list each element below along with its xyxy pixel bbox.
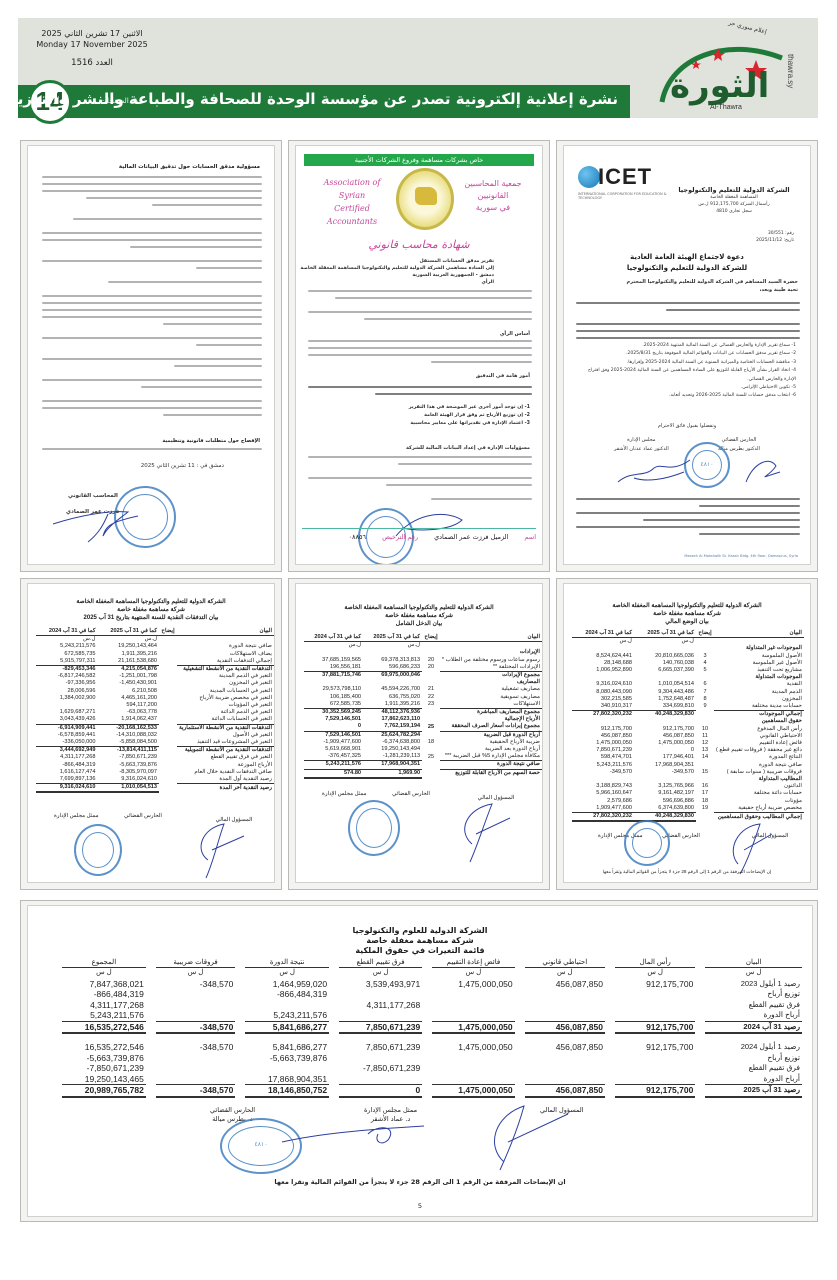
value-2024: 1,006,952,890 bbox=[572, 667, 634, 674]
value-2025: 6,665,037,390 bbox=[634, 667, 696, 674]
note-ref bbox=[159, 724, 177, 732]
cell-value bbox=[432, 989, 514, 1000]
equity-footnote: ان الإيضاحات المرفقة من الرقم 1 الى الرق… bbox=[28, 1178, 812, 1186]
company-capital: رأسمال الشركة 912,175,700 ل.س bbox=[674, 201, 794, 208]
value-2024: 456,087,850 bbox=[572, 733, 634, 740]
row-label: التغير في الأصول bbox=[177, 732, 274, 739]
table-row: 7,699,897,1369,316,024,610رصيد النقدية أ… bbox=[36, 776, 274, 784]
table-row: 9,316,024,6101,010,054,5146النقدية bbox=[572, 681, 804, 688]
equity-changes-page: الشركة الدولية للعلوم والتكنولوجيا شركة … bbox=[27, 905, 813, 1217]
note-ref: 5 bbox=[696, 667, 714, 674]
cell-value: -348,570 bbox=[156, 979, 236, 990]
cell-value: 456,087,850 bbox=[525, 1042, 605, 1053]
note-ref bbox=[159, 709, 177, 716]
row-label: رصيد 31 آب 2024 bbox=[705, 1021, 802, 1035]
value-2025: 456,087,850 bbox=[634, 733, 696, 740]
equity-financial-signature bbox=[480, 1102, 570, 1172]
value-2025 bbox=[634, 645, 696, 652]
value-2024 bbox=[572, 718, 634, 725]
value-2025: 17,968,904,351 bbox=[634, 762, 696, 769]
value-2024 bbox=[36, 702, 98, 709]
note-ref bbox=[159, 688, 177, 695]
equity-company: الشركة الدولية للعلوم والتكنولوجيا bbox=[28, 926, 812, 936]
value-2025: 334,699,810 bbox=[634, 703, 696, 711]
note-ref: 14 bbox=[696, 754, 714, 761]
income-statement-table: كما في 31 آب 2024كما في 31 آب 2025إيضاحا… bbox=[304, 634, 542, 779]
value-2025: 19,250,143,494 bbox=[363, 746, 422, 753]
income-company-type: شركة مساهمة مغفلة خاصة bbox=[296, 612, 542, 620]
value-2024: 27,802,320,232 bbox=[572, 813, 634, 822]
row-label: التغير في الحسابات الدائنة bbox=[177, 716, 274, 724]
note-ref bbox=[159, 643, 177, 650]
cell-value bbox=[525, 1010, 605, 1021]
value-2025: 69,975,000,046 bbox=[363, 672, 422, 680]
cell-value: 17,868,904,351 bbox=[245, 1074, 329, 1085]
certificate-addressee: تقرير مدقق الحسابات المستقل إلى السادة م… bbox=[300, 258, 494, 286]
note-ref bbox=[422, 746, 440, 753]
note-ref: 21 bbox=[422, 686, 440, 693]
cell-value bbox=[432, 1063, 514, 1074]
addressee-line3: دمشق - الجمهورية العربية السورية bbox=[300, 272, 494, 279]
note-ref bbox=[159, 762, 177, 769]
unit: ل س bbox=[432, 968, 514, 979]
certificate-item: 2- إن توزيع الأرباح تم وفق قرار الهيئة ا… bbox=[409, 412, 530, 420]
unit: ل س bbox=[245, 968, 329, 979]
table-row: 456,087,850456,087,85011الاحتياطي القانو… bbox=[572, 733, 804, 740]
column-header: المجموع bbox=[62, 958, 146, 968]
cell-value bbox=[245, 1000, 329, 1011]
date-english: Monday 17 November 2025 bbox=[32, 39, 152, 50]
value-2024: 37,685,159,565 bbox=[304, 657, 363, 664]
col-label-header: البيان bbox=[440, 634, 542, 642]
note-ref bbox=[159, 673, 177, 680]
col-note-header: إيضاح bbox=[696, 630, 714, 638]
row-label: التغير في المخزون bbox=[177, 680, 274, 687]
unit: ل س bbox=[339, 968, 422, 979]
value-2024: 8,524,624,441 bbox=[572, 653, 634, 660]
row-label: النقدية bbox=[714, 681, 804, 688]
note-ref bbox=[159, 732, 177, 739]
income-statement-page: الشركة الدولية للتعليم والتكنولوجيا المس… bbox=[295, 583, 543, 883]
value-2025: 3,125,765,966 bbox=[634, 783, 696, 790]
association-emblem bbox=[396, 168, 454, 230]
unit bbox=[696, 638, 714, 646]
value-2025: 4,465,161,200 bbox=[98, 695, 160, 702]
addressee-line1: تقرير مدقق الحسابات المستقل bbox=[300, 258, 494, 265]
agenda-item: 3- مناقشة الحسابات الختامية والميزانية ا… bbox=[580, 359, 796, 367]
value-2025: 140,760,038 bbox=[634, 660, 696, 667]
cell-value: 1,475,000,050 bbox=[432, 1084, 514, 1098]
note-ref bbox=[159, 716, 177, 724]
certificate-footer: اسم الزميل فرزت عمر الصمادي رقم الترخيص … bbox=[302, 528, 536, 541]
equity-company-type: شركة مساهمة مغفلة خاصة bbox=[28, 936, 812, 946]
table-row: 37,685,159,56569,378,313,81320رسوم ساعات… bbox=[304, 657, 542, 664]
note-ref: 7 bbox=[696, 689, 714, 696]
association-name-ar: جمعية المحاسبين القانونيين في سورية bbox=[458, 178, 528, 214]
al-thawra-logo: إعلام سوري حر الثورة Al-Thawra thawra.sy bbox=[650, 20, 818, 118]
value-2025: -5,663,739,876 bbox=[98, 762, 160, 769]
note-ref: 3 bbox=[696, 653, 714, 660]
value-2024: 1,629,687,271 bbox=[36, 709, 98, 716]
certificate-key-matters-body bbox=[308, 386, 532, 400]
spacer bbox=[156, 1034, 236, 1042]
value-2024: 1,384,002,900 bbox=[36, 695, 98, 702]
auditor-report-page: مسؤولية مدقق الحسابات حول تدقيق البيانات… bbox=[27, 145, 275, 565]
note-ref: 19 bbox=[696, 805, 714, 813]
note-ref bbox=[696, 762, 714, 769]
note-ref: 23 bbox=[422, 701, 440, 709]
table-row: -866,484,319-5,663,739,876الأرباح الموزع… bbox=[36, 762, 274, 769]
row-label: أرباح الدورة bbox=[705, 1074, 802, 1085]
value-2025: 17,968,904,351 bbox=[363, 761, 422, 769]
note-ref: 18 bbox=[422, 739, 440, 746]
table-row: 574.801,969.90حصة السهم من الأرباح القاب… bbox=[304, 769, 542, 778]
value-2024 bbox=[572, 776, 634, 783]
balance-sheet-table: كما في 31 آب 2024كما في 31 آب 2025إيضاحا… bbox=[572, 630, 804, 822]
cell-value bbox=[245, 1063, 329, 1074]
invitation-closing: وتفضلوا بقبول فائق الاحترام bbox=[564, 422, 810, 430]
column-header: البيان bbox=[705, 958, 802, 968]
cash-flow-company: الشركة الدولية للتعليم والتكنولوجيا المس… bbox=[28, 598, 274, 606]
col-note-header: إيضاح bbox=[159, 628, 177, 636]
row-label: حسابات مدينة مختلفة bbox=[714, 703, 804, 711]
agenda-item: 1- سماع تقرير الإدارة والحارس القضائي عن… bbox=[580, 342, 796, 350]
board-label: ممثل مجلس الإدارة bbox=[322, 791, 367, 797]
association-name-ar-line1: جمعية المحاسبين القانونيين bbox=[458, 178, 528, 202]
certificate-opinion-body bbox=[308, 290, 532, 325]
unit bbox=[159, 636, 177, 644]
value-2024: 27,802,320,232 bbox=[572, 711, 634, 719]
value-2024 bbox=[304, 679, 363, 686]
value-2024: -866,484,319 bbox=[36, 762, 98, 769]
cell-value bbox=[525, 989, 605, 1000]
table-row: 5,915,797,31121,161,538,680إجمالي التدفق… bbox=[36, 658, 274, 666]
note-ref: 15 bbox=[696, 769, 714, 776]
cell-value: 7,850,671,239 bbox=[339, 1042, 422, 1053]
spacer bbox=[432, 1034, 514, 1042]
spacer bbox=[705, 1034, 802, 1042]
note-ref bbox=[422, 716, 440, 723]
table-row: 9,316,024,6101,010,054,513رصيد النقدية آ… bbox=[36, 784, 274, 793]
value-2024: 302,215,585 bbox=[572, 696, 634, 703]
note-ref bbox=[422, 649, 440, 656]
cell-value: 5,243,211,576 bbox=[245, 1010, 329, 1021]
row-label: يضاف الاستهلاكات bbox=[177, 651, 274, 658]
table-row: 672,585,7351,911,395,216يضاف الاستهلاكات bbox=[36, 651, 274, 658]
value-2024: 7,699,897,136 bbox=[36, 776, 98, 784]
table-row: 4,311,177,268-7,850,671,239التغير في فرق… bbox=[36, 754, 274, 761]
value-2025: 594,117,200 bbox=[98, 702, 160, 709]
auditor-legal-heading: الإفصاح حول متطلبات قانونية وتنظيمية bbox=[162, 438, 260, 444]
cell-value: -866,484,319 bbox=[62, 989, 146, 1000]
invitation-title-line2: للشركة الدولية للتعليم والتكنولوجيا bbox=[564, 263, 810, 274]
value-2024: 29,573,798,110 bbox=[304, 686, 363, 693]
table-row: 29,573,798,11045,594,226,70021مصاريف تشغ… bbox=[304, 686, 542, 693]
equity-row: توزيع أرباح-5,663,739,876-5,663,739,876 bbox=[62, 1053, 802, 1064]
note-ref: 22 bbox=[422, 694, 440, 701]
table-row: 196,556,181596,686,23320الإيرادات المختل… bbox=[304, 664, 542, 672]
note-ref: 25 bbox=[422, 723, 440, 731]
auditor-report-heading: مسؤولية مدقق الحسابات حول تدقيق البيانات… bbox=[119, 164, 260, 170]
spacer bbox=[615, 1034, 695, 1042]
row-label: الأصول غير الملموسة bbox=[714, 660, 804, 667]
cash-flow-signatures: الحارس القضائي ممثل مجلس الإدارة bbox=[48, 812, 168, 820]
row-label: فرق تقييم القطع bbox=[705, 1063, 802, 1074]
value-2024: -376,457,325 bbox=[304, 753, 363, 761]
income-statement-frame: الشركة الدولية للتعليم والتكنولوجيا المس… bbox=[288, 578, 550, 890]
row-label: رصيد 31 آب 2025 bbox=[705, 1084, 802, 1098]
table-row: 8,080,443,0909,304,443,4867الذمم المدينة bbox=[572, 689, 804, 696]
balance-company-type: شركة مساهمة مغفلة خاصة bbox=[564, 610, 810, 618]
value-2025: 596,686,233 bbox=[363, 664, 422, 672]
value-2025: -7,850,671,239 bbox=[98, 754, 160, 761]
row-label: المخزون bbox=[714, 696, 804, 703]
row-label: التغير في مخصص ضريبة الأرباح bbox=[177, 695, 274, 702]
key-matters-heading: أمور هامة في التدقيق bbox=[476, 372, 530, 380]
guardian-signature bbox=[740, 452, 790, 488]
cell-value: 20,989,765,782 bbox=[62, 1084, 146, 1098]
association-name-en-line1: Association of Syrian bbox=[312, 176, 392, 202]
value-2025: -14,310,088,032 bbox=[98, 732, 160, 739]
balance-footnote: إن الإيضاحات المرفقة من الرقم 1 إلى الرق… bbox=[564, 868, 810, 876]
invitation-title-line1: دعوة لاجتماع الهيئة العامة العادية bbox=[564, 252, 810, 263]
cell-value: 7,850,671,239 bbox=[339, 1021, 422, 1035]
note-ref: 17 bbox=[696, 790, 714, 797]
certificate-items: 1- إن توجد أمور أخرى غير الموضحة في هذا … bbox=[409, 404, 530, 428]
value-2024: 5,966,160,647 bbox=[572, 790, 634, 797]
row-label: رسوم ساعات ورسوم مختلفة من الطلاب * bbox=[440, 657, 542, 664]
note-ref bbox=[159, 702, 177, 709]
col-note-header: إيضاح bbox=[422, 634, 440, 642]
certificate-page: خاص بشركات مساهمة وفروع الشركات الأجنبية… bbox=[295, 145, 543, 565]
balance-stamp bbox=[624, 820, 670, 866]
value-2025: 25,624,782,294 bbox=[363, 731, 422, 739]
cell-value: 456,087,850 bbox=[525, 979, 605, 990]
balance-company: الشركة الدولية للتعليم والتكنولوجيا المس… bbox=[564, 602, 810, 610]
value-2024: 0 bbox=[304, 723, 363, 731]
cell-value: -348,570 bbox=[156, 1084, 236, 1098]
equity-row: رصيد 31 آب 2024912,175,700456,087,8501,4… bbox=[62, 1021, 802, 1035]
table-row: -97,336,956-1,450,430,901التغير في المخز… bbox=[36, 680, 274, 687]
board-title: مجلس الإدارة bbox=[614, 436, 669, 445]
cash-flow-frame: الشركة الدولية للتعليم والتكنولوجيا المس… bbox=[20, 578, 282, 890]
row-label: التغير في الحسابات المدينة bbox=[177, 688, 274, 695]
row-label: فروقات ضريبية ( سنوات سابقة ) bbox=[714, 769, 804, 776]
value-2025: 20,810,665,036 bbox=[634, 653, 696, 660]
board-signature bbox=[614, 452, 694, 488]
board-label: ممثل مجلس الإدارة bbox=[54, 813, 99, 819]
row-label: الاستهلاكات bbox=[440, 701, 542, 709]
value-2025: 9,304,443,486 bbox=[634, 689, 696, 696]
value-2025 bbox=[363, 679, 422, 686]
value-2025: 1,010,054,513 bbox=[98, 784, 160, 793]
cell-value: 912,175,700 bbox=[615, 1084, 695, 1098]
table-row: 37,881,715,74669,975,000,046مجموع الإيرا… bbox=[304, 672, 542, 680]
row-label: رأس المال المدفوع bbox=[714, 726, 804, 733]
value-2025: 19,250,143,464 bbox=[98, 643, 160, 650]
value-2025: 596,696,886 bbox=[634, 798, 696, 805]
cell-value bbox=[156, 1074, 236, 1085]
value-2025: 48,112,376,936 bbox=[363, 709, 422, 717]
income-title: بيان الدخل الشامل bbox=[296, 620, 542, 628]
value-2025: 1,475,000,050 bbox=[634, 740, 696, 747]
value-2025: -6,374,638,800 bbox=[363, 739, 422, 746]
value-2025 bbox=[634, 718, 696, 725]
value-2025: 0 bbox=[634, 747, 696, 754]
table-row: الموجودات غير المتداولة bbox=[572, 645, 804, 652]
table-row: 1,909,477,6006,374,639,80019مخصص ضريبة أ… bbox=[572, 805, 804, 813]
value-2025: 912,175,700 bbox=[634, 726, 696, 733]
unit-row: ل.سل.س bbox=[304, 642, 542, 650]
cell-value bbox=[339, 1010, 422, 1021]
cell-value bbox=[156, 1063, 236, 1074]
basis-heading: أساس الرأي bbox=[500, 330, 530, 338]
cell-value: -866,484,319 bbox=[245, 989, 329, 1000]
column-header: فائض إعادة التقييم bbox=[432, 958, 514, 968]
row-label: التدفقات النقدية من الأنشطة الاستثمارية bbox=[177, 724, 274, 732]
cell-value: 1,475,000,050 bbox=[432, 1042, 514, 1053]
row-label: مؤونات bbox=[714, 798, 804, 805]
note-ref bbox=[696, 718, 714, 725]
invitation-frame: ICET INTERNATIONAL CORPORATION FOR EDUCA… bbox=[556, 140, 818, 572]
cell-value bbox=[525, 1063, 605, 1074]
value-2025: 636,755,020 bbox=[363, 694, 422, 701]
cell-value bbox=[339, 1074, 422, 1085]
cell-value: 5,841,686,277 bbox=[245, 1042, 329, 1053]
col-2024-header: كما في 31 آب 2024 bbox=[572, 630, 634, 638]
value-2024: -829,453,346 bbox=[36, 666, 98, 674]
greeting-line: تحية طيبة وبعد، bbox=[626, 286, 798, 294]
unit: ل.س bbox=[304, 642, 363, 650]
value-2024 bbox=[304, 649, 363, 656]
row-label: مصاريف تشغيلية bbox=[440, 686, 542, 693]
value-2024: 1,616,127,474 bbox=[36, 769, 98, 776]
cash-flow-heading: الشركة الدولية للتعليم والتكنولوجيا المس… bbox=[28, 598, 274, 622]
cash-flow-table: كما في 31 آب 2024كما في 31 آب 2025إيضاحا… bbox=[36, 628, 274, 793]
note-ref: 18 bbox=[696, 798, 714, 805]
value-2025: -5,858,084,500 bbox=[98, 739, 160, 747]
col-label-header: البيان bbox=[177, 628, 274, 636]
note-ref: 20 bbox=[422, 664, 440, 672]
value-2024: 1,909,477,600 bbox=[572, 805, 634, 813]
value-2024 bbox=[572, 674, 634, 681]
cell-value: 0 bbox=[339, 1084, 422, 1098]
cell-value bbox=[525, 1053, 605, 1064]
association-name-en-line2: Certified Accountants bbox=[312, 202, 392, 228]
cell-value bbox=[615, 1063, 695, 1074]
table-row: 5,243,211,57617,968,904,351صافي نتيجة ال… bbox=[304, 761, 542, 769]
row-label: الأرباح الموزعة bbox=[177, 762, 274, 769]
row-label: توزيع أرباح bbox=[705, 1053, 802, 1064]
cell-value: 18,146,850,752 bbox=[245, 1084, 329, 1098]
cell-value bbox=[156, 1053, 236, 1064]
cell-value: -5,663,739,876 bbox=[245, 1053, 329, 1064]
logo-website: thawra.sy bbox=[786, 54, 795, 88]
date-block: الاثنين 17 تشرين الثاني 2025 Monday 17 N… bbox=[32, 28, 152, 69]
guardian-label: الحارس القضائي bbox=[210, 1106, 255, 1115]
row-label: صافي نتيجة الدورة bbox=[714, 762, 804, 769]
cell-value: -7,850,671,239 bbox=[62, 1063, 146, 1074]
cash-flow-title: بيان التدفقات النقدية للسنة المنتهية بتا… bbox=[28, 614, 274, 622]
invitation-reference: رقم: 30/551 تاريخ: 2025/11/12 bbox=[756, 230, 794, 244]
row-label: رصيد النقدية آخر المدة bbox=[177, 784, 274, 793]
cell-value bbox=[156, 989, 236, 1000]
note-ref: 9 bbox=[696, 703, 714, 711]
table-row: 07,762,159,19425مجموع إيرادات أسعار الصر… bbox=[304, 723, 542, 731]
col-2024-header: كما في 31 آب 2024 bbox=[304, 634, 363, 642]
value-2024: 196,556,181 bbox=[304, 664, 363, 672]
table-row: 8,524,624,44120,810,665,0363الأصول الملم… bbox=[572, 653, 804, 660]
table-row: -6,914,909,441-20,168,162,533التدفقات ال… bbox=[36, 724, 274, 732]
certificate-title: شهادة محاسب قانوني bbox=[296, 238, 542, 251]
value-2024: 672,585,735 bbox=[36, 651, 98, 658]
cell-value bbox=[615, 1000, 695, 1011]
cell-value: 1,464,959,020 bbox=[245, 979, 329, 990]
table-row: حقوق المساهمين bbox=[572, 718, 804, 725]
table-row: 3,043,439,4261,914,062,437التغير في الحس… bbox=[36, 716, 274, 724]
note-ref: 13 bbox=[696, 747, 714, 754]
equity-row: رصيد 1 أيلول 2023912,175,700456,087,8501… bbox=[62, 979, 802, 990]
cell-value: -7,850,671,239 bbox=[339, 1063, 422, 1074]
unit: ل س bbox=[62, 968, 146, 979]
association-name-en: Association of Syrian Certified Accounta… bbox=[312, 176, 392, 228]
cell-value: 19,250,143,465 bbox=[62, 1074, 146, 1085]
value-2024: 574.80 bbox=[304, 769, 363, 778]
value-2024: 5,243,211,576 bbox=[304, 761, 363, 769]
table-row: -336,050,000-5,858,084,500التغير في المش… bbox=[36, 739, 274, 747]
income-signatures: الحارس القضائي ممثل مجلس الإدارة bbox=[316, 790, 436, 798]
row-label: صافي نتيجة الدورة bbox=[440, 761, 542, 769]
note-ref: 6 bbox=[696, 681, 714, 688]
column-header: فرق تقييم القطع bbox=[339, 958, 422, 968]
cell-value bbox=[615, 1053, 695, 1064]
value-2024: 8,080,443,090 bbox=[572, 689, 634, 696]
invitation-letterhead: الشركة الدولية للتعليم والتكنولوجيا المس… bbox=[674, 186, 794, 215]
note-ref bbox=[422, 769, 440, 778]
value-2024: 912,175,700 bbox=[572, 726, 634, 733]
value-2024: 9,316,024,610 bbox=[572, 681, 634, 688]
value-2024: 5,243,211,576 bbox=[36, 643, 98, 650]
equity-header-row: البيانرأس المالاحتياطي قانونيفائض إعادة … bbox=[62, 958, 802, 968]
balance-title: بيان الوضع المالي bbox=[564, 618, 810, 626]
equity-row: توزيع أرباح-866,484,319-866,484,319 bbox=[62, 989, 802, 1000]
cell-value: -348,570 bbox=[156, 1021, 236, 1035]
invitation-title: دعوة لاجتماع الهيئة العامة العادية للشرك… bbox=[564, 252, 810, 274]
value-2025: 1,752,648,487 bbox=[634, 696, 696, 703]
note-ref bbox=[159, 747, 177, 755]
company-register: سجل تجاري 4810 bbox=[674, 208, 794, 215]
note-ref bbox=[422, 672, 440, 680]
value-2025: 6,374,639,800 bbox=[634, 805, 696, 813]
value-2024: -1,909,477,600 bbox=[304, 739, 363, 746]
row-label: رصيد 1 أيلول 2024 bbox=[705, 1042, 802, 1053]
value-2025: -63,063,778 bbox=[98, 709, 160, 716]
value-2024: 28,148,688 bbox=[572, 660, 634, 667]
row-label: الذمم المدينة bbox=[714, 689, 804, 696]
addressee-line2: إلى السادة مساهمي الشركة الدولية للتعليم… bbox=[300, 265, 494, 272]
spacer bbox=[62, 1034, 146, 1042]
note-ref: 25 bbox=[422, 753, 440, 761]
balance-sheet-frame: الشركة الدولية للتعليم والتكنولوجيا المس… bbox=[556, 578, 818, 890]
value-2025 bbox=[363, 649, 422, 656]
note-ref: 10 bbox=[696, 726, 714, 733]
value-2024: 7,850,671,239 bbox=[572, 747, 634, 754]
value-2025: -349,570 bbox=[634, 769, 696, 776]
issue-number: العدد 1516 bbox=[32, 58, 152, 69]
note-ref bbox=[159, 739, 177, 747]
cell-value: 4,311,177,268 bbox=[62, 1000, 146, 1011]
value-2024: 3,188,829,743 bbox=[572, 783, 634, 790]
